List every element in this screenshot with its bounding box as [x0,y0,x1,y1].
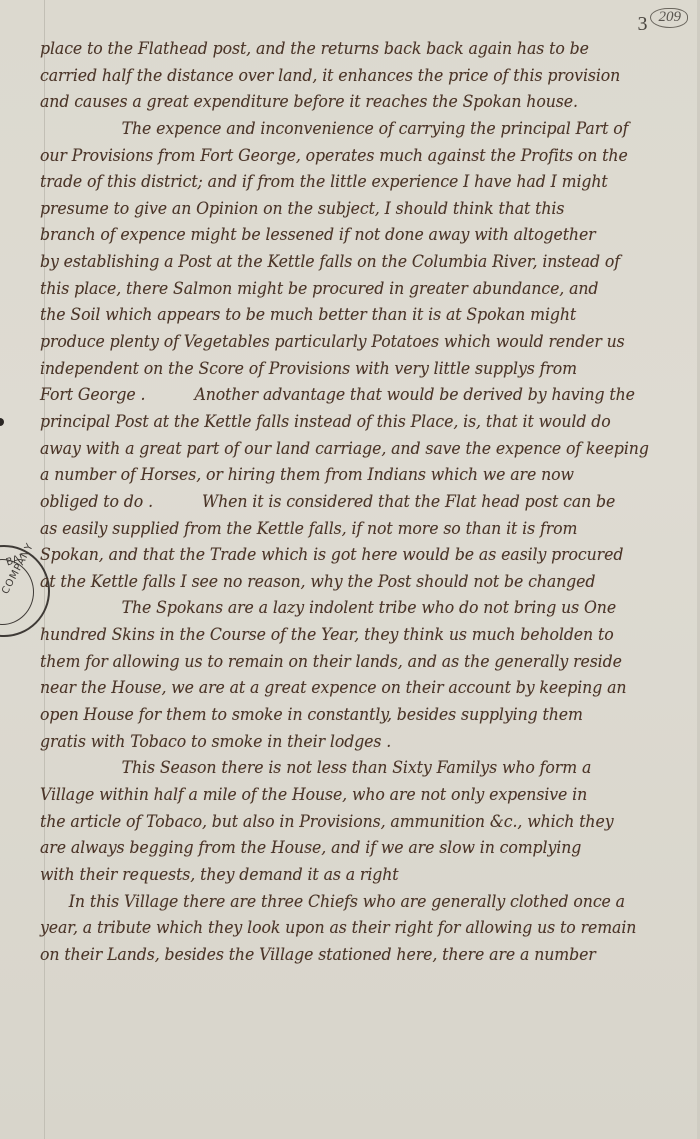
text-line: them for allowing us to remain on their … [40,649,664,676]
page-number: 3 [638,14,648,34]
paragraph-start-line: In this Village there are three Chiefs w… [40,889,664,916]
text-line: as easily supplied from the Kettle falls… [40,516,664,543]
text-line: trade of this district; and if from the … [40,169,664,196]
text-line: with their requests, they demand it as a… [40,862,664,889]
text-line: this place, there Salmon might be procur… [40,276,664,303]
text-line: place to the Flathead post, and the retu… [40,36,664,63]
text-line: and causes a great expenditure before it… [40,89,664,116]
paragraph-start-line: The expence and inconvenience of carryin… [40,116,664,143]
text-line: principal Post at the Kettle falls inste… [40,409,664,436]
text-line: at the Kettle falls I see no reason, why… [40,569,664,596]
text-line: Village within half a mile of the House,… [40,782,664,809]
text-line: open House for them to smoke in constant… [40,702,664,729]
text-line: by establishing a Post at the Kettle fal… [40,249,664,276]
text-line: obliged to do . When it is considered th… [40,489,664,516]
text-line: near the House, we are at a great expenc… [40,675,664,702]
binding-mark [0,418,4,426]
text-line: a number of Horses, or hiring them from … [40,462,664,489]
manuscript-text: place to the Flathead post, and the retu… [40,36,690,968]
paragraph-start-line: The Spokans are a lazy indolent tribe wh… [40,595,664,622]
text-line: presume to give an Opinion on the subjec… [40,196,664,223]
text-line: independent on the Score of Provisions w… [40,356,664,383]
paragraph-start-line: This Season there is not less than Sixty… [40,755,664,782]
text-line: our Provisions from Fort George, operate… [40,143,664,170]
text-line: year, a tribute which they look upon as … [40,915,664,942]
text-line: hundred Skins in the Course of the Year,… [40,622,664,649]
text-line: branch of expence might be lessened if n… [40,222,664,249]
archive-number: 209 [650,8,689,28]
text-line: carried half the distance over land, it … [40,63,664,90]
text-line: are always begging from the House, and i… [40,835,664,862]
text-line: the article of Tobaco, but also in Provi… [40,809,664,836]
text-line: Fort George . Another advantage that wou… [40,382,664,409]
text-line: produce plenty of Vegetables particularl… [40,329,664,356]
folio-number: 3 209 [638,8,689,34]
text-line: gratis with Tobaco to smoke in their lod… [40,729,664,756]
manuscript-page: 3 209 BA! COMPANY place to the Flathead … [0,0,700,1139]
text-line: on their Lands, besides the Village stat… [40,942,664,969]
text-line: away with a great part of our land carri… [40,436,664,463]
text-line: the Soil which appears to be much better… [40,302,664,329]
text-line: Spokan, and that the Trade which is got … [40,542,664,569]
